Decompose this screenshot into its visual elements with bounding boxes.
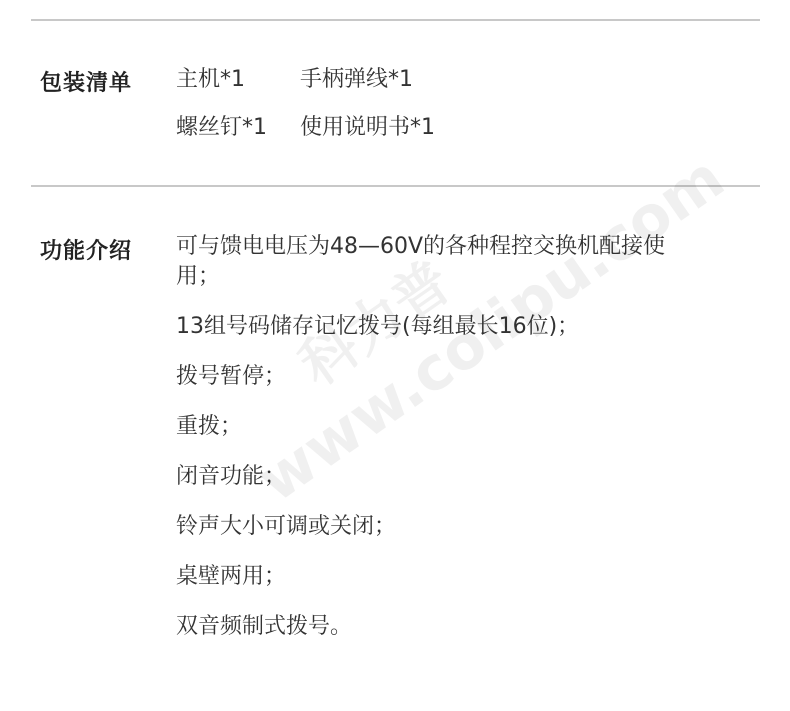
packing-list-items: 主机*1 手柄弹线*1 螺丝钉*1 使用说明书*1 [176,66,435,142]
middle-divider [31,185,760,187]
pack-item: 主机*1 [176,66,300,94]
top-divider [31,19,760,21]
feature-item: 重拨； [176,412,696,442]
pack-item: 螺丝钉*1 [176,114,300,142]
pack-item: 手柄弹线*1 [300,66,435,94]
feature-item: 可与馈电电压为48—60V的各种程控交换机配接使用； [176,232,696,292]
feature-item: 13组号码储存记忆拨号(每组最长16位)； [176,312,696,342]
pack-item: 使用说明书*1 [300,114,435,142]
packing-list-label: 包装清单 [40,66,132,97]
features-label: 功能介绍 [40,234,132,265]
feature-item: 铃声大小可调或关闭； [176,512,696,542]
features-list: 可与馈电电压为48—60V的各种程控交换机配接使用； 13组号码储存记忆拨号(每… [176,232,696,662]
feature-item: 桌壁两用； [176,562,696,592]
feature-item: 拨号暂停； [176,362,696,392]
feature-item: 闭音功能； [176,462,696,492]
feature-item: 双音频制式拨号。 [176,612,696,642]
